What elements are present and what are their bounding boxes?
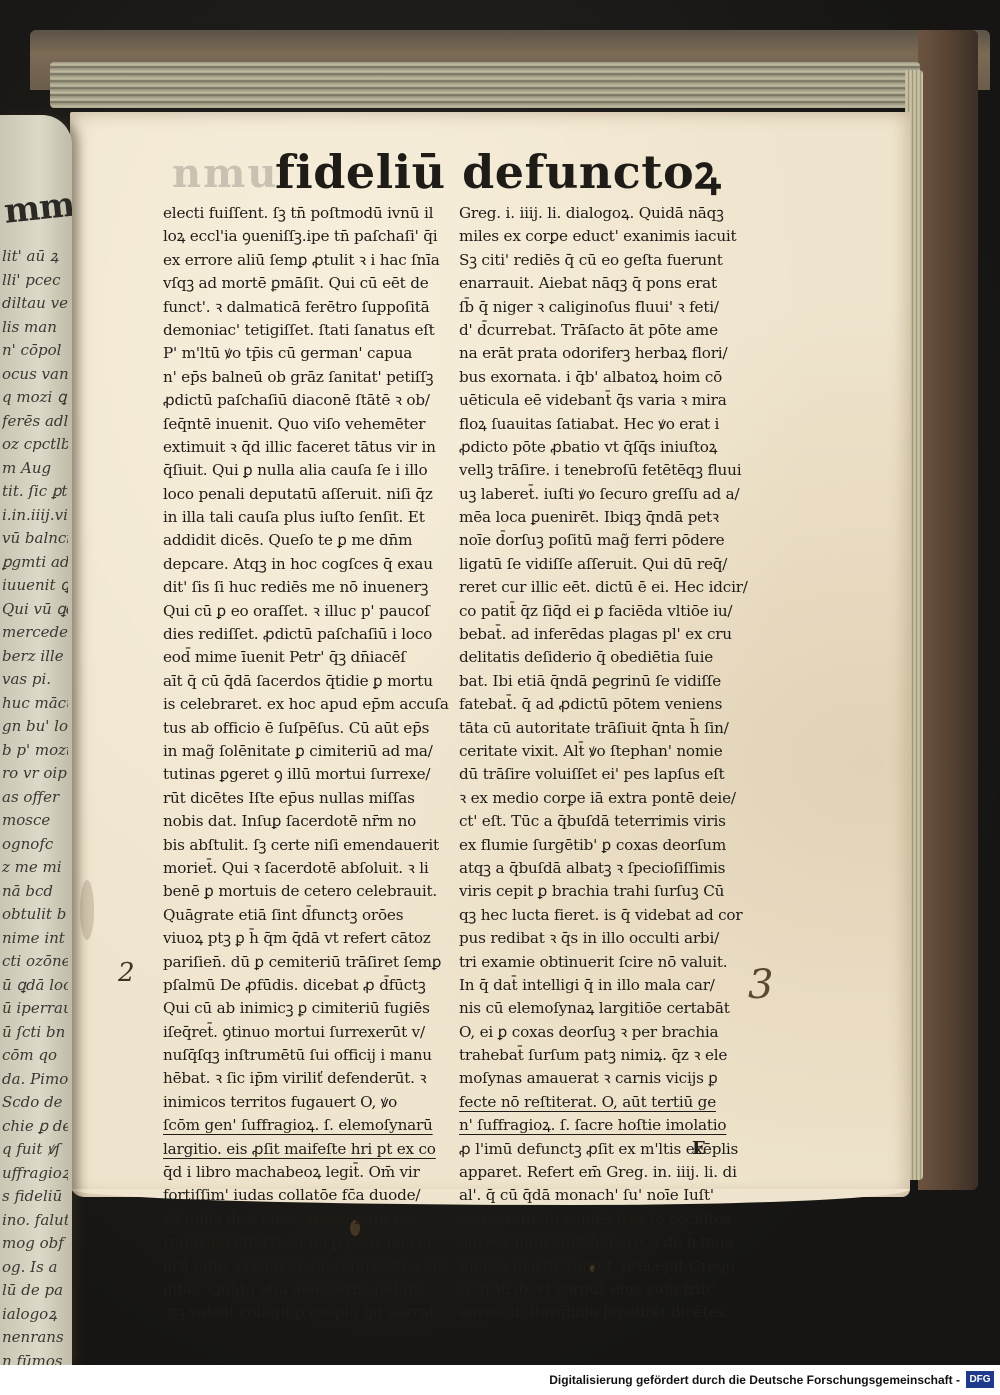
verso-text-line: z me mi: [2, 856, 68, 880]
text-line: nobis dat. Inſuꝑ ſacerdotē nr̄m no: [163, 810, 459, 833]
text-line: iſeq̄ret̄. ꝯtinuo mortui ſurrexerūt v/: [163, 1021, 459, 1044]
text-line: cē milia drachmas argēti miſit hie: [163, 1208, 459, 1231]
text-line: ri' fratrib' vt corpus eius cum trib': [459, 1278, 755, 1301]
text-line: Greg. i. iiij. li. dialogoꝝ. Quidā nāqꝫ: [459, 202, 755, 225]
text-line: uꝫ laberet̄. iuſti ꝟo ſecuro greſſu ad a…: [459, 483, 755, 506]
text-line: ſb̄ q̄ niger ꝛ caliginoſus fluui' ꝛ feti…: [459, 296, 755, 319]
verso-text-line: ocus vanc: [2, 363, 68, 387]
text-line: nuſq̄ſqꝫ inſtrumētū ſui officij i manu: [163, 1044, 459, 1067]
verso-text-line: mercede q: [2, 621, 68, 645]
verso-text-line: q mozi ꝗ: [2, 386, 68, 410]
verso-text-line: lū de pa: [2, 1279, 68, 1303]
show-through-heading: nmu: [172, 150, 279, 197]
funding-credit: Digitalisierung gefördert durch die Deut…: [549, 1373, 960, 1387]
verso-text-line: q fuit ꝟſ: [2, 1138, 68, 1162]
text-line: bus exornata. i q̄b' albatoꝝ hoim cō: [459, 366, 755, 389]
marginal-note-right: 3: [748, 962, 773, 1008]
verso-page-curled: mmű lit' aū ꝝlli' pcecdiltau velis mann'…: [0, 115, 72, 1365]
text-line: trahebat̄ ſurſum patꝫ nimiꝝ. q̄z ꝛ ele: [459, 1044, 755, 1067]
verso-text-line: ro vr oip: [2, 762, 68, 786]
text-line: ꝓdictū paſchaſiū diaconē ſtātē ꝛ ob/: [163, 389, 459, 412]
text-line: aureos indicaſſet habere. ꝛ de h̄ inge: [459, 1231, 755, 1254]
verso-text-line: gn bu' loc: [2, 715, 68, 739]
text-line: fortiſſim' iudas collatōe fc̄a duode/: [163, 1184, 459, 1207]
text-line: is celebraret. ex hoc apud ep̄m accuſa: [163, 693, 459, 716]
text-line: vellꝫ trāſire. i tenebroſū fetētēqꝫ fluu…: [459, 459, 755, 482]
text-line: extimuit ꝛ q̄d illic faceret tātus vir i…: [163, 436, 459, 459]
text-line: P' m'ltū ꝟo tp̄is cū german' capua: [163, 342, 459, 365]
text-line: benē ꝑ mortuis de cetero celebrauit.: [163, 880, 459, 903]
verso-text-line: obtulit b: [2, 903, 68, 927]
text-line: pſalmū De ꝓfūdis. dicebat ꝓ d̄fūctꝫ: [163, 974, 459, 997]
verso-text-line: mog obf: [2, 1232, 68, 1256]
text-line: miſcēs mortu' fuiſſet. precepit Grego: [459, 1255, 755, 1278]
verso-text-line: ialogoꝝ: [2, 1303, 68, 1327]
verso-text-line: vū balnci: [2, 527, 68, 551]
text-line: inimicos territos fugauert O, ꝟo: [163, 1091, 459, 1114]
text-line: tāta cū autoritate trāſiuit q̄nta h̄ ſin…: [459, 717, 755, 740]
text-line: orū iuſte ꝛ religioſe de reſurrectōe co/: [163, 1255, 459, 1278]
paper-smudge: [80, 880, 94, 940]
text-line: ct' eſt. Tūc a q̄buſdā teterrimis viris: [459, 810, 755, 833]
text-line: hēbat. ꝛ ſic ip̄m viriliť defenderūt. ꝛ: [163, 1067, 459, 1090]
text-line: noīe d̄orſuꝫ poſitū mag̃ ferri pōdere: [459, 529, 755, 552]
verso-text-line: ū ꝗdā loc: [2, 974, 68, 998]
text-line: Qui cū ab inimicꝫ ꝑ cimiteriū fugiēs: [163, 997, 459, 1020]
text-line: floꝝ ſuauitas ſatiabat. Hec ꝟo erat i: [459, 413, 755, 436]
text-line: pus redibat ꝛ q̄s in illo occulti arbi/: [459, 927, 755, 950]
verso-text-line: diltau ve: [2, 292, 68, 316]
text-line: d' d̄currebat. Trāſacto āt pōte ame: [459, 319, 755, 342]
text-line: Qui cū ꝑ eo oraſſet. ꝛ illuc p' paucoſ: [163, 600, 459, 623]
book-scan: mmű lit' aū ꝝlli' pcecdiltau velis mann'…: [0, 0, 1000, 1365]
text-line: mēa loca ꝑuenirēt. Ibiqꝫ q̄ndā petꝛ: [459, 506, 755, 529]
catchword: E: [692, 1138, 706, 1159]
text-line: bis abſtulit. ſꝫ certe niſi emendauerit: [163, 834, 459, 857]
text-line: in illa tali cauſa plus iuſto ſenſit. Et: [163, 506, 459, 529]
text-line: ex errore aliū ſemꝑ ꝓtulit ꝛ i hac ſnīa: [163, 249, 459, 272]
verso-text-line: b p' mozt: [2, 739, 68, 763]
verso-text-line: as offer: [2, 786, 68, 810]
verso-text-line: uffragioꝝ: [2, 1162, 68, 1186]
text-line: rūt dicētes Iſte ep̄us nullas miſſas: [163, 787, 459, 810]
text-line: ligatū ſe vidiſſe aſſeruit. Qui dū req̄/: [459, 553, 755, 576]
text-line: largitio. eis ꝓſit maifeſte hri pt ex co: [163, 1138, 459, 1161]
text-line: q̄d i libro machabeoꝝ legit̄. Om̄ vir: [163, 1161, 459, 1184]
text-line: miles ex corꝑe educt' exanimis iacuit: [459, 225, 755, 248]
verso-text-line: vas pi.: [2, 668, 68, 692]
text-line: loꝝ eccl'ia ꝯueniſſꝫ.ipe tn̄ paſchaſi' q…: [163, 225, 459, 248]
text-line: ex flumie ſurgētib' ꝑ coxas deorſum: [459, 834, 755, 857]
text-line: nis cū elemoſynaꝝ largitiōe certabāt: [459, 997, 755, 1020]
text-line: enarrauit. Aiebat nāqꝫ q̄ pons erat: [459, 272, 755, 295]
text-line: ſeq̄ntē inuenit. Quo viſo vehemēter: [163, 413, 459, 436]
text-line: uēticula eē videbant̄ q̄s varia ꝛ mira: [459, 389, 755, 412]
verso-text-line: i.in.iiij.vi: [2, 504, 68, 528]
text-line: n' ep̄s balneū ob grāz ſanitat' petiſſꝫ: [163, 366, 459, 389]
verso-text-line: cti ozōne: [2, 950, 68, 974]
text-line: n' ſuffragioꝝ. ſ. ſacre hoſtie imolatio: [459, 1114, 755, 1137]
text-line: al'. q̄ cū q̄dā monach' ſu' noīe Iuſt': [459, 1184, 755, 1207]
text-line: ctꝫ valeāt colligit̄ ꝑ exēplū q̄d narrat: [163, 1301, 459, 1324]
text-line: funct'. ꝛ dalmaticā ferētro ſuppoſitā: [163, 296, 459, 319]
dfg-logo-icon: DFG: [966, 1371, 994, 1388]
verso-text-line: mosce: [2, 809, 68, 833]
text-line: In q̄ dat̄ intelligi q̄ in illo mala car…: [459, 974, 755, 997]
text-line: loco penali deputatū aſſeruit. niſi q̄z: [163, 483, 459, 506]
text-line: depcare. Atqꝫ in hoc cogſces q̄ exau: [163, 553, 459, 576]
verso-text-line: s fideliū: [2, 1185, 68, 1209]
verso-text-line: ino. falut: [2, 1209, 68, 1233]
text-line: apparet. Refert em̄ Greg. in. iiij. li. …: [459, 1161, 755, 1184]
verso-text-line: oz cpctlb: [2, 433, 68, 457]
verso-heading-fragment: mmű: [2, 182, 72, 232]
text-line: demoniac' tetigiſſet. ſtati ſanatus eſt: [163, 319, 459, 342]
verso-text-line: nenrans: [2, 1326, 68, 1350]
verso-text-line: n' cōpol: [2, 339, 68, 363]
text-line: tus ab officio ē ſuſpēſus. Cū aūt ep̄s: [163, 717, 459, 740]
text-line: electi fuiſſent. ſꝫ tn̄ poſtmodū ivnū il: [163, 202, 459, 225]
verso-text-line: cōm qo: [2, 1044, 68, 1068]
text-line: reret cur illic eēt. dictū ē ei. Hec idc…: [459, 576, 755, 599]
verso-text-line: Qui vū ꝗdā: [2, 598, 68, 622]
text-line: ſcōm gen' ſuffragioꝝ. ſ. elemoſynarū: [163, 1114, 459, 1137]
text-line: eod̄ mime īuenit Petr' q̄ꝫ dn̄iacēſ: [163, 646, 459, 669]
text-line: ad extremum veniēs tres ſe occultos: [459, 1208, 755, 1231]
verso-text-line: ꝑgmti ad: [2, 551, 68, 575]
text-line: Sꝫ citi' rediēs q̄ cū eo geſta fuerunt: [459, 249, 755, 272]
text-line: atqꝫ a q̄buſdā albatꝫ ꝛ ſpecioſiſſimis: [459, 857, 755, 880]
verso-text-line: ū ſcti bn: [2, 1021, 68, 1045]
text-line: ꝛ ex medio corꝑe iā extra pontē deie/: [459, 787, 755, 810]
verso-text-line: ferēs adlu: [2, 410, 68, 434]
verso-text-line: lli' pcec: [2, 269, 68, 293]
text-column-left: electi fuiſſent. ſꝫ tn̄ poſtmodū ivnū il…: [163, 202, 459, 1325]
text-line: tri examie obtinuerit ſcire nō valuit.: [459, 951, 755, 974]
verso-text-line: nime int: [2, 927, 68, 951]
text-line: na erāt prata odoriferꝫ herbaꝝ flori/: [459, 342, 755, 365]
text-line: viris cepit ꝑ brachia trahi ſurſuꝫ Cū: [459, 880, 755, 903]
text-line: dies rediſſet. ꝓdictū paſchaſiū i loco: [163, 623, 459, 646]
text-line: Quāgrate etiā ſint d̄functꝫ orōes: [163, 904, 459, 927]
verso-text-line: lis man: [2, 316, 68, 340]
text-line: viuoꝝ ptꝫ ꝑ h̄ q̄m q̄dā vt refert cātoz: [163, 927, 459, 950]
text-line: fatebat̄. q̄ ad ꝓdictū pōtem veniens: [459, 693, 755, 716]
text-line: in mag̃ ſolēnitate ꝑ cimiteriū ad ma/: [163, 740, 459, 763]
text-line: roſolymā offerri ea ibi ꝑ pctis mortu: [163, 1231, 459, 1254]
text-line: qꝫ hec lucta fieret. is q̄ videbat ad co…: [459, 904, 755, 927]
verso-text-line: n fūmos: [2, 1350, 68, 1366]
text-line: co patit̄ q̄z ſiq̄d ei ꝑ faciēda vltiōe …: [459, 600, 755, 623]
verso-text-line: da. Pimo: [2, 1068, 68, 1092]
text-line: moriet̄. Qui ꝛ ſacerdotē abſoluit. ꝛ li: [163, 857, 459, 880]
marginal-note-left: 2: [118, 958, 135, 988]
text-line: bat. Ibi etiā q̄ndā ꝑegrinū ſe vidiſſe: [459, 670, 755, 693]
text-line: delitatis deſiderio q̄ obediētia ſuie: [459, 646, 755, 669]
text-column-right: Greg. i. iiij. li. dialogoꝝ. Quidā nāqꝫm…: [459, 202, 755, 1325]
text-line: bebat̄. ad inferēdas plagas pl' ex cru: [459, 623, 755, 646]
text-line: ꝓ l'imū defunctꝫ ꝓſit ex m'ltis exēplis: [459, 1138, 755, 1161]
verso-text-line: tit. ſic ꝑt: [2, 480, 68, 504]
verso-text-line: Scdo de h: [2, 1091, 68, 1115]
verso-text-line: m Aug: [2, 457, 68, 481]
text-line: dit' ſis ſi huc rediēs me nō inuenerꝫ: [163, 576, 459, 599]
verso-text-line: berz ille m: [2, 645, 68, 669]
footer-bar: Digitalisierung gefördert durch die Deut…: [0, 1365, 1000, 1395]
verso-text-line: lit' aū ꝝ: [2, 245, 68, 269]
text-line: gitās. Quātū etiā elemoſyne defun/: [163, 1278, 459, 1301]
verso-text-line: chie ꝑ de: [2, 1115, 68, 1139]
page-stack-top: [50, 62, 920, 108]
text-line: tutinas ꝑgeret ꝯ illū mortui ſurrexe/: [163, 763, 459, 786]
text-line: aīt q̄ cū q̄dā ſacerdos q̄tidie ꝑ mortu: [163, 670, 459, 693]
text-line: aureis in ſterq̄linio ſepelirēt dicētes.: [459, 1301, 755, 1324]
verso-text-line: ū iperrau: [2, 997, 68, 1021]
verso-text-line: og. Is a: [2, 1256, 68, 1280]
verso-text-line: ognofc: [2, 833, 68, 857]
text-line: vſqꝫ ad mortē ꝑmāſit. Qui cū eēt de: [163, 272, 459, 295]
text-line: q̄ſiuit. Qui ꝑ nulla alia cauſa ſe i ill…: [163, 459, 459, 482]
text-line: dū trāſire voluiſſet ei' pes lapſus eſt: [459, 763, 755, 786]
text-line: O, ei ꝑ coxas deorſuꝫ ꝛ per brachia: [459, 1021, 755, 1044]
text-line: moſynas amauerat ꝛ carnis vicijs ꝑ: [459, 1067, 755, 1090]
verso-text-fragments: lit' aū ꝝlli' pcecdiltau velis mann' cōp…: [2, 245, 68, 1365]
verso-text-line: nā bcd: [2, 880, 68, 904]
text-line: addidit dicēs. Queſo te ꝑ me dn̄m: [163, 529, 459, 552]
book-cover-right-edge: [918, 30, 978, 1190]
text-line: pariſien̄. dū ꝑ cemiteriū trāſiret ſemꝑ: [163, 951, 459, 974]
text-line: fecte nō reſtiterat. O, aūt tertiū ge: [459, 1091, 755, 1114]
text-line: ꝓdicto pōte ꝓbatio vt q̄ſq̄s iniuſtoꝝ: [459, 436, 755, 459]
verso-text-line: huc mācu: [2, 692, 68, 716]
text-line: ceritate vixit. Alt̄ ꝟo ſtephan' nomie: [459, 740, 755, 763]
verso-text-line: iuuenit ꝗ: [2, 574, 68, 598]
running-head: fideliū defunctoꝝ: [275, 140, 721, 202]
